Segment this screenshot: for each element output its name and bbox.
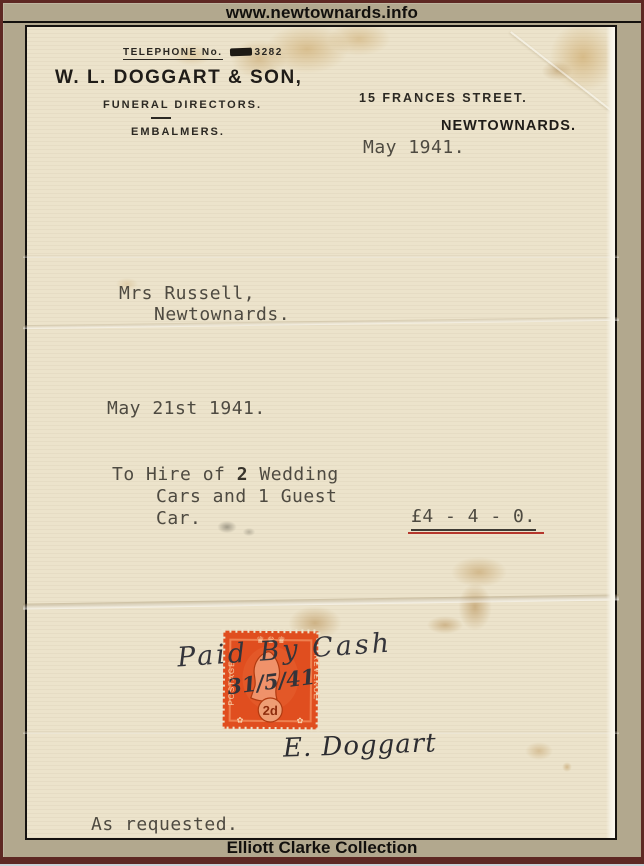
item-quantity: 2: [237, 464, 248, 485]
letterhead-date: May 1941.: [363, 137, 465, 158]
closing-line: As requested.: [91, 814, 238, 835]
struck-out-number: [229, 48, 251, 57]
fold-crease: [23, 594, 619, 609]
invoice-item-line2: Cars and 1 Guest: [156, 486, 337, 507]
company-role-line2: EMBALMERS.: [131, 126, 225, 138]
item-text: To Hire of: [112, 464, 237, 485]
item-text: Wedding: [248, 464, 339, 485]
letterhead-street: 15 FRANCES STREET.: [359, 91, 528, 105]
site-title: www.newtownards.info: [226, 3, 418, 22]
page-frame: www.newtownards.info TELEPHONE No.3282 W…: [0, 0, 644, 864]
divider-dash: [151, 117, 171, 119]
collection-caption: Elliott Clarke Collection: [227, 838, 418, 857]
invoice-amount: £4 - 4 - 0.: [411, 506, 536, 531]
invoice-item-line1: To Hire of 2 Wedding: [112, 464, 339, 485]
company-name: W. L. DOGGART & SON,: [55, 67, 302, 89]
invoice-item-line3: Car.: [156, 508, 201, 529]
letter-document: TELEPHONE No.3282 W. L. DOGGART & SON, F…: [25, 25, 617, 840]
invoice-date: May 21st 1941.: [107, 398, 266, 419]
telephone-number: 3282: [255, 47, 283, 58]
telephone-label: TELEPHONE No.: [123, 47, 223, 60]
paper-edge: [606, 27, 615, 838]
site-header: www.newtownards.info: [3, 3, 641, 23]
fold-crease: [23, 255, 619, 258]
flower-ornament-icon: ✿: [297, 716, 304, 725]
flower-ornament-icon: ✿: [237, 716, 244, 725]
fold-crease: [23, 317, 619, 329]
recipient-name: Mrs Russell,: [119, 283, 255, 304]
site-footer: Elliott Clarke Collection: [3, 839, 641, 857]
signature: E. Doggart: [283, 728, 438, 763]
stamp-denomination: 2d: [263, 703, 278, 718]
recipient-town: Newtownards.: [154, 304, 290, 325]
company-role-line1: FUNERAL DIRECTORS.: [103, 99, 262, 111]
telephone-line: TELEPHONE No.3282: [123, 47, 283, 58]
letterhead-town: NEWTOWNARDS.: [441, 118, 576, 134]
